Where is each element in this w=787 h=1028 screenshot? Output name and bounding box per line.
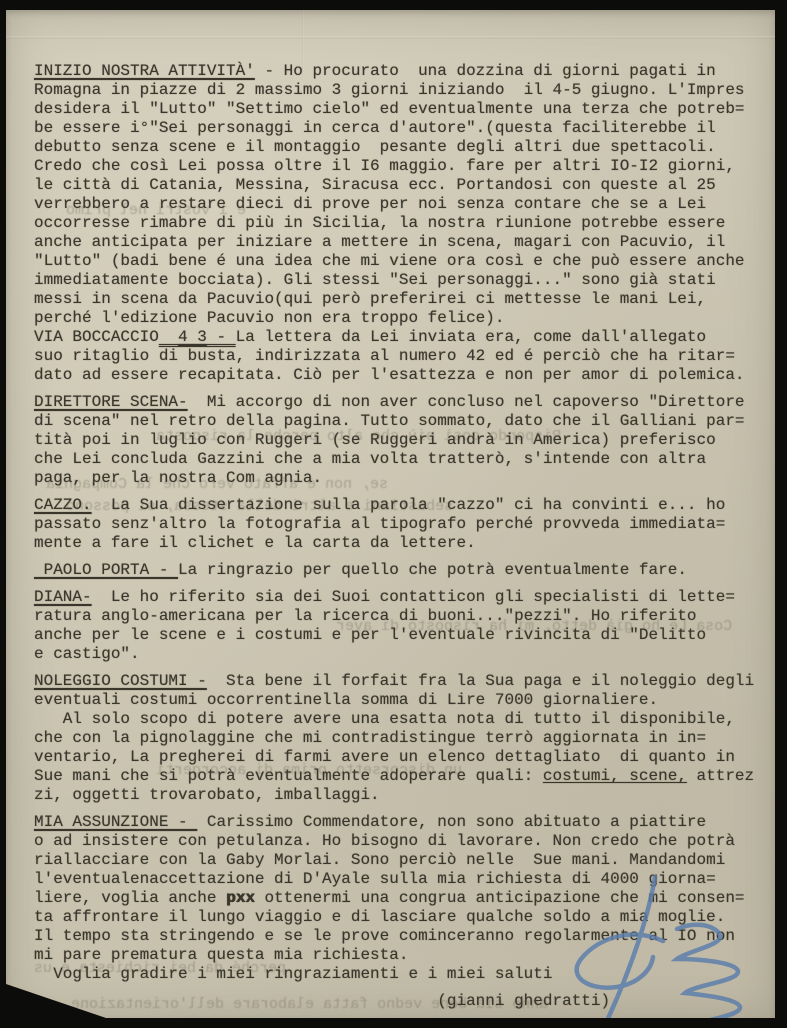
text-segment: Sta bene il forfait fra la Sua paga e il…	[207, 672, 754, 690]
text-segment: attrez	[687, 767, 754, 785]
letter-line: be essere i°"Sei personaggi in cerca d'a…	[34, 119, 770, 138]
text-segment: paga, per la nostra Com agnia.	[34, 469, 322, 487]
letter-line: passato senz'altro la fotografia al tipo…	[34, 515, 770, 534]
handwritten-signature	[505, 865, 775, 1028]
text-segment: di busta	[159, 347, 236, 365]
letter-line: o ad insistere con petulanza. Ho bisogno…	[34, 832, 770, 851]
text-segment: Romagna in piazze di 2 massimo 3 giorni …	[34, 81, 745, 99]
section-heading: INIZIO NOSTRA ATTIVITÀ'	[34, 62, 255, 80]
text-segment: che Lei concluda Gazzini che a mia volta…	[34, 450, 706, 468]
text-segment: Carissimo Commendatore, non sono abituat…	[197, 813, 706, 831]
letter-line: occorresse rimabre di più in Sicilia, la…	[34, 214, 770, 233]
text-segment: Al solo scopo di potere avere una esatta…	[34, 710, 735, 728]
letter-line: DIANA- Le ho riferito sia dei Suoi conta…	[34, 588, 770, 607]
letter-line: zi, oggetti trovarobato, imballaggi.	[34, 786, 770, 805]
text-segment: liere, voglia anche	[34, 889, 226, 907]
scanned-letter: e i vostri nel primoRispondo così più ch…	[0, 0, 787, 1028]
paper-crease-horizontal	[6, 36, 775, 39]
text-segment: La Sua dissertazione sulla parola "cazzo…	[92, 496, 726, 514]
text-segment: desidera il "Lutto" "Settimo cielo" ed e…	[34, 100, 745, 118]
text-segment: di scena" nel retro della pagina. Tutto …	[34, 412, 745, 430]
letter-line: anche per le scene e i costumi e per l'e…	[34, 626, 770, 645]
text-segment: passato senz'altro la fotografia al tipo…	[34, 515, 725, 533]
letter-line: desidera il "Lutto" "Settimo cielo" ed e…	[34, 100, 770, 119]
text-segment: Le ho riferito sia dei Suoi contatticon …	[92, 588, 735, 606]
text-segment: - La lettera da Lei inviata era, come da…	[207, 328, 706, 346]
letter-line: perché l'edizione Pacuvio non era troppo…	[34, 309, 770, 328]
letter-section-cazzo: CAZZO. La Sua dissertazione sulla parola…	[34, 496, 770, 553]
letter-line: PAOLO PORTA - La ringrazio per quello ch…	[34, 561, 770, 580]
text-segment: dato ad essere recapitata. Ciò per l'esa…	[34, 366, 745, 384]
text-segment: pxx	[226, 889, 255, 907]
text-segment: zi, oggetti trovarobato, imballaggi.	[34, 786, 380, 804]
section-heading: PAOLO PORTA -	[34, 561, 178, 579]
text-segment: Credo che così Lei possa oltre il I6 mag…	[34, 157, 735, 175]
letter-line: Romagna in piazze di 2 massimo 3 giorni …	[34, 81, 770, 100]
text-segment: be essere i°"Sei personaggi in cerca d'a…	[34, 119, 716, 137]
letter-line: Al solo scopo di potere avere una esatta…	[34, 710, 770, 729]
section-heading: MIA ASSUNZIONE -	[34, 813, 197, 831]
letter-line: che Lei concluda Gazzini che a mia volta…	[34, 450, 770, 469]
letter-line: verrebbero a restare dieci di prove per …	[34, 195, 770, 214]
text-segment: suo ritaglio	[34, 347, 159, 365]
letter-line: Sue mani che si potrà eventualmente adop…	[34, 767, 770, 786]
letter-line: Credo che così Lei possa oltre il I6 mag…	[34, 157, 770, 176]
text-segment: ratura anglo-americana per la ricerca di…	[34, 607, 697, 625]
letter-line: ratura anglo-americana per la ricerca di…	[34, 607, 770, 626]
letter-section-noleggio-costumi: NOLEGGIO COSTUMI - Sta bene il forfait f…	[34, 672, 770, 805]
letter-line: e castigo".	[34, 645, 770, 664]
letter-line: mente a fare il clichet e la carta da le…	[34, 534, 770, 553]
letter-line: CAZZO. La Sua dissertazione sulla parola…	[34, 496, 770, 515]
text-segment: anche anticipata per iniziare a mettere …	[34, 233, 725, 251]
text-segment: mente a fare il clichet e la carta da le…	[34, 534, 476, 552]
text-segment: costumi, scene,	[543, 767, 687, 785]
text-segment: La ringrazio per quello che potrà eventu…	[178, 561, 687, 579]
letter-line: paga, per la nostra Com agnia.	[34, 469, 770, 488]
letter-line: INIZIO NOSTRA ATTIVITÀ' - Ho procurato u…	[34, 62, 770, 81]
letter-section-via-boccaccio: VIA BOCCACCIO 4 3 - La lettera da Lei in…	[34, 328, 770, 385]
letter-line: suo ritaglio di busta, indirizzata al nu…	[34, 347, 770, 366]
text-segment: Sue mani che si potrà eventualmente adop…	[34, 767, 543, 785]
letter-line: debutto senza scene e il montaggio pesan…	[34, 138, 770, 157]
letter-line: le città di Catania, Messina, Siracusa e…	[34, 176, 770, 195]
text-segment: eventuali costumi occorrentinella somma …	[34, 691, 658, 709]
letter-line: DIRETTORE SCENA- Mi accorgo di non aver …	[34, 393, 770, 412]
text-segment: , indirizzata al numero 42 ed é perciò c…	[236, 347, 735, 365]
letter-line: immediatamente bocciata). Gli stessi "Se…	[34, 271, 770, 290]
letter-line: messi in scena da Pacuvio(qui però prefe…	[34, 290, 770, 309]
letter-section-direttore-scena: DIRETTORE SCENA- Mi accorgo di non aver …	[34, 393, 770, 488]
letter-line: eventuali costumi occorrentinella somma …	[34, 691, 770, 710]
letter-line: di scena" nel retro della pagina. Tutto …	[34, 412, 770, 431]
text-segment: ventario, La pregherei di farmi avere un…	[34, 748, 735, 766]
letter-section-paolo-porta: PAOLO PORTA - La ringrazio per quello ch…	[34, 561, 770, 580]
letter-line: tità poi in luglio con Ruggeri (se Rugge…	[34, 431, 770, 450]
letter-section-diana: DIANA- Le ho riferito sia dei Suoi conta…	[34, 588, 770, 664]
text-segment: debutto senza scene e il montaggio pesan…	[34, 138, 716, 156]
text-segment: tità poi in luglio con Ruggeri (se Rugge…	[34, 431, 716, 449]
text-segment: che con la pignolaggine che mi contradis…	[34, 729, 706, 747]
section-heading: DIANA-	[34, 588, 92, 606]
text-segment: - Ho procurato una dozzina di giorni pag…	[255, 62, 716, 80]
text-segment: messi in scena da Pacuvio(qui però prefe…	[34, 290, 706, 308]
letter-line: MIA ASSUNZIONE - Carissimo Commendatore,…	[34, 813, 770, 832]
letter-line: "Lutto" (badi bene é una idea che mi vie…	[34, 252, 770, 271]
section-heading: DIRETTORE SCENA-	[34, 393, 188, 411]
letter-page: e i vostri nel primoRispondo così più ch…	[6, 10, 775, 1018]
text-segment: VIA BOCCACCIO	[34, 328, 178, 346]
text-segment: o ad insistere con petulanza. Ho bisogno…	[34, 832, 735, 850]
letter-line: anche anticipata per iniziare a mettere …	[34, 233, 770, 252]
text-segment: anche per le scene e i costumi e per l'e…	[34, 626, 706, 644]
text-segment: Voglia gradire i miei ringraziamenti e i…	[34, 965, 552, 983]
text-segment: Mi accorgo di non aver concluso nel capo…	[188, 393, 745, 411]
text-segment: occorresse rimabre di più in Sicilia, la…	[34, 214, 725, 232]
letter-line: VIA BOCCACCIO 4 3 - La lettera da Lei in…	[34, 328, 770, 347]
letter-line: ventario, La pregherei di farmi avere un…	[34, 748, 770, 767]
text-segment: immediatamente bocciata). Gli stessi "Se…	[34, 271, 716, 289]
text-segment: verrebbero a restare dieci di prove per …	[34, 195, 706, 213]
text-segment: "Lutto" (badi bene é una idea che mi vie…	[34, 252, 745, 270]
letter-line: che con la pignolaggine che mi contradis…	[34, 729, 770, 748]
text-segment: perché l'edizione Pacuvio non era troppo…	[34, 309, 504, 327]
letter-section-inizio-nostra-attivita: INIZIO NOSTRA ATTIVITÀ' - Ho procurato u…	[34, 62, 770, 328]
text-segment: e castigo".	[34, 645, 140, 663]
text-segment: le città di Catania, Messina, Siracusa e…	[34, 176, 716, 194]
section-heading: 4 3	[178, 328, 207, 346]
section-heading: NOLEGGIO COSTUMI -	[34, 672, 207, 690]
text-segment: mi pare prematura questa mia richiesta.	[34, 946, 408, 964]
letter-line: dato ad essere recapitata. Ciò per l'esa…	[34, 366, 770, 385]
section-heading: CAZZO.	[34, 496, 92, 514]
letter-line: NOLEGGIO COSTUMI - Sta bene il forfait f…	[34, 672, 770, 691]
